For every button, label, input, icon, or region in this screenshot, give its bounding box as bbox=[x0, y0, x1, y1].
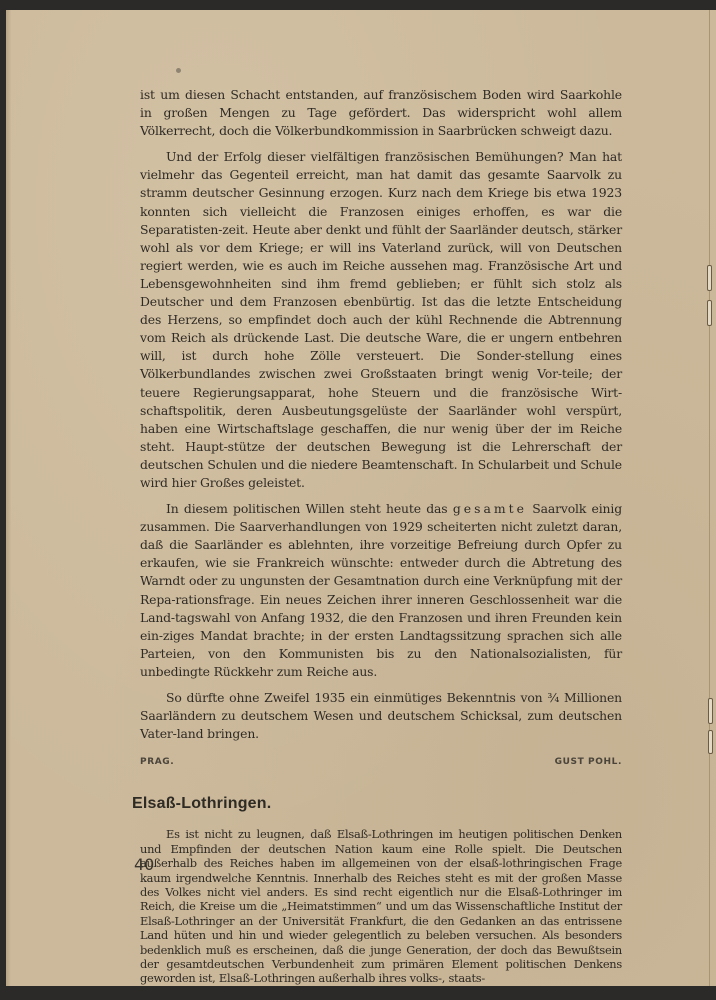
text-run: In diesem politischen Willen steht heute… bbox=[166, 501, 453, 516]
paragraph: In diesem politischen Willen steht heute… bbox=[140, 500, 622, 681]
article-saar: ist um diesen Schacht entstanden, auf fr… bbox=[140, 86, 622, 767]
byline-place: PRAG. bbox=[140, 757, 174, 767]
paragraph: Es ist nicht zu leugnen, daß Elsaß-Lothr… bbox=[140, 827, 622, 985]
staple-mark-icon bbox=[708, 730, 713, 754]
page-edge-left bbox=[6, 10, 11, 986]
staple-mark-icon bbox=[708, 698, 713, 724]
page-number: 40 bbox=[134, 855, 154, 874]
paragraph: Und der Erfolg dieser vielfältigen franz… bbox=[140, 148, 622, 492]
paragraph: ist um diesen Schacht entstanden, auf fr… bbox=[140, 86, 622, 140]
article-elsass: Elsaß-Lothringen. Es ist nicht zu leugne… bbox=[140, 795, 622, 985]
book-page: ist um diesen Schacht entstanden, auf fr… bbox=[6, 10, 716, 986]
paper-speck bbox=[176, 68, 181, 73]
page-content: ist um diesen Schacht entstanden, auf fr… bbox=[140, 86, 622, 986]
byline: PRAG. GUST POHL. bbox=[140, 757, 622, 767]
emphasized-word: gesamte bbox=[453, 501, 527, 516]
paragraph: So dürfte ohne Zweifel 1935 ein einmütig… bbox=[140, 689, 622, 743]
byline-author: GUST POHL. bbox=[555, 757, 622, 767]
staple-mark-icon bbox=[707, 265, 712, 291]
section-heading: Elsaß-Lothringen. bbox=[132, 795, 622, 813]
text-run: Saarvolk einig zusammen. Die Saarverhand… bbox=[140, 501, 622, 679]
staple-mark-icon bbox=[707, 300, 712, 326]
page-edge-right bbox=[709, 10, 710, 986]
